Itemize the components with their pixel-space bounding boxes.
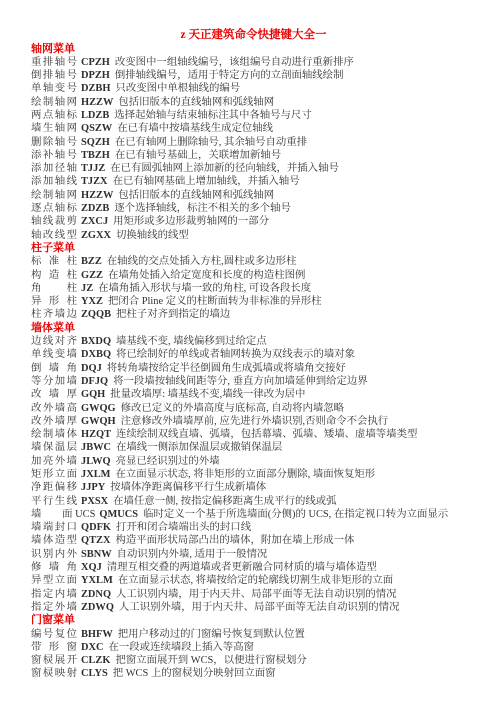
command-row: 绘制墙体HZQT连续绘制双线直墙、弧墙，包括幕墙、弧墙、矮墙、虚墙等墙类型 (31, 428, 486, 441)
command-name: 轴线裁剪 (31, 215, 77, 228)
command-desc: 在轴线的交点处插入方柱,圆柱或多边形柱 (107, 256, 297, 267)
command-name: 单线变墙 (31, 348, 77, 361)
command-desc: 打开和闭合墙端出头的封口线 (116, 522, 251, 533)
command-row: 指定外墙ZDWQ人工识别外墙，用于内天井、局部平面等无法自动识别的情况 (31, 601, 486, 614)
section-title: 轴网菜单 (31, 43, 486, 56)
command-code: PXSX (81, 496, 108, 507)
command-name: 修墙角 (31, 561, 77, 574)
command-code: XQJ (81, 562, 102, 573)
command-name: 改外墙高 (31, 402, 77, 415)
command-row: 等分加墙DFJQ将一段墙按轴线间距等分, 垂直方向加墙延伸到给定边界 (31, 375, 486, 388)
command-row: 标准柱BZZ在轴线的交点处插入方柱,圆柱或多边形柱 (31, 255, 486, 268)
command-code: JLWQ (81, 456, 111, 467)
command-code: TJJZ (81, 163, 105, 174)
command-name: 倒排轴号 (31, 69, 77, 82)
command-desc: 把窗立面展开到 WCS，以便进行窗棂划分 (115, 655, 306, 666)
command-section: 轴网菜单 重排轴号CPZH改变图中一组轴线编号，该组编号自动进行重新排序 倒排轴… (31, 43, 486, 242)
command-name: 添加径轴 (31, 162, 77, 175)
command-code: BXDQ (81, 336, 111, 347)
command-code: TBZH (81, 150, 110, 161)
command-desc: 在墙线一侧添加保温层或撤销保温层 (116, 442, 282, 453)
command-code: LDZB (81, 110, 109, 121)
command-code: ZDWQ (81, 602, 114, 613)
command-row: 矩形立面JXLM在立面显示状态, 将非矩形的立面部分删除, 墙面恢复矩形 (31, 468, 486, 481)
command-name: 改外墙厚 (31, 415, 77, 428)
command-row: 绘制轴网HZZW包括旧版本的直线轴网和弧线轴网 (31, 189, 486, 202)
command-code: DXBQ (81, 349, 111, 360)
command-desc: 在立面显示状态, 将非矩形的立面部分删除, 墙面恢复矩形 (115, 469, 375, 480)
command-desc: 在已有墙中按墙基线生成定位轴线 (117, 123, 273, 134)
command-row: 带形窗DXC在一段或连续墙段上插入等高窗 (31, 641, 486, 654)
command-desc: 将已绘制好的单线或者轴网转换为双线表示的墙对象 (116, 349, 355, 360)
section-rows: 标准柱BZZ在轴线的交点处插入方柱,圆柱或多边形柱 构造柱GZZ在墙角处插入给定… (31, 255, 486, 321)
command-code: TJZX (81, 176, 108, 187)
command-row: 识别内外SBNW自动识别内外墙, 适用于一般情况 (31, 548, 486, 561)
command-code: QTZX (81, 535, 110, 546)
command-row: 墙端封口QDFK打开和闭合墙端出头的封口线 (31, 521, 486, 534)
command-desc: 在立面显示状态, 将墙按给定的轮廓线切割生成非矩形的立面 (118, 575, 393, 586)
command-name: 编号复位 (31, 628, 77, 641)
command-name: 轴改线型 (31, 229, 77, 242)
command-row: 删除轴号SQZH在已有轴网上删除轴号, 其余轴号自动重排 (31, 136, 486, 149)
command-row: 改外墙高GWQG修改已定义的外墙高度与底标高, 自动将内墙忽略 (31, 402, 486, 415)
command-row: 窗棂映射CLYS把 WCS 上的窗棂划分映射回立面窗 (31, 667, 486, 680)
command-row: 轴改线型ZGXX切换轴线的线型 (31, 229, 486, 242)
command-name: 单轴变号 (31, 82, 77, 95)
command-code: ZXCJ (81, 216, 108, 227)
command-desc: 墙基线不变, 墙线偏移到过给定点 (116, 336, 267, 347)
command-code: DXC (81, 642, 104, 653)
command-desc: 将转角墙按给定半径倒圆角生成弧墙或将墙角交接好 (107, 363, 346, 374)
command-code: ZDNQ (81, 589, 111, 600)
command-row: 墙体造型QTZX构造平面形状局部凸出的墙体，附加在墙上形成一体 (31, 534, 486, 547)
command-code: QSZW (81, 123, 112, 134)
command-row: 添加径轴TJJZ在已有圆弧轴网上添加新的径向轴线，并插入轴号 (31, 162, 486, 175)
command-row: 窗棂展开CLZK把窗立面展开到 WCS，以便进行窗棂划分 (31, 654, 486, 667)
command-desc: 在墙角处插入给定宽度和长度的构造柱图例 (108, 270, 305, 281)
command-desc: 临时定义一个基于所选墙面(分侧)的 UCS, 在指定视口转为立面显示 (143, 509, 448, 520)
command-desc: 在墙角插入形状与墙一致的角柱, 可设各段长度 (98, 283, 311, 294)
command-code: GQH (81, 389, 105, 400)
command-name: 边线对齐 (31, 335, 77, 348)
command-code: JXLM (81, 469, 110, 480)
command-row: 改墙厚GQH批量改墙厚: 墙基线不变,墙线一律改为居中 (31, 388, 486, 401)
command-code: BHFW (81, 629, 113, 640)
command-desc: 将一段墙按轴线间距等分, 垂直方向加墙延伸到给定边界 (113, 376, 368, 387)
command-desc: 在已有轴网上删除轴号, 其余轴号自动重排 (115, 137, 307, 148)
section-rows: 编号复位BHFW把用户移动过的门窗编号恢复到默认位置 带形窗DXC在一段或连续墙… (31, 628, 486, 681)
command-name: 添加轴线 (31, 175, 77, 188)
command-desc: 包括旧版本的直线轴网和弧线轴网 (118, 97, 274, 108)
section-title: 墙体菜单 (31, 322, 486, 335)
command-desc: 选择起始轴与结束轴标注其中各轴号与尺寸 (114, 110, 311, 121)
command-section: 柱子菜单 标准柱BZZ在轴线的交点处插入方柱,圆柱或多边形柱 构造柱GZZ在墙角… (31, 242, 486, 322)
command-name: 净距偏移 (31, 481, 77, 494)
command-name: 绘制轴网 (31, 96, 77, 109)
command-code: BZZ (81, 256, 102, 267)
command-desc: 自动识别内外墙, 适用于一般情况 (117, 549, 268, 560)
command-name: 带形窗 (31, 641, 77, 654)
command-row: 异形柱YXZ把闭合 Pline 定义的柱断面转为非标准的异形柱 (31, 295, 486, 308)
section-title: 柱子菜单 (31, 242, 486, 255)
command-name: 等分加墙 (31, 375, 77, 388)
command-row: 边线对齐BXDQ墙基线不变, 墙线偏移到过给定点 (31, 335, 486, 348)
command-row: 净距偏移JJPY按墙体净距离偏移平行生成新墙体 (31, 481, 486, 494)
command-code: DPZH (81, 70, 110, 81)
command-desc: 在一段或连续墙段上插入等高窗 (109, 642, 254, 653)
command-code: HZQT (81, 429, 111, 440)
command-code: JJPY (81, 482, 105, 493)
command-code: DQJ (81, 363, 102, 374)
command-code: CLYS (81, 668, 108, 679)
command-row: 倒墙角DQJ将转角墙按给定半径倒圆角生成弧墙或将墙角交接好 (31, 362, 486, 375)
command-row: 轴线裁剪ZXCJ用矩形或多边形裁剪轴网的一部分 (31, 215, 486, 228)
command-row: 修墙角XQJ清理互相交叠的两道墙或者更新融合同材质的墙与墙体造型 (31, 561, 486, 574)
command-name: 平行生线 (31, 495, 77, 508)
command-code: SBNW (81, 549, 112, 560)
command-row: 指定内墙ZDNQ人工识别内墙，用于内天井、局部平面等无法自动识别的情况 (31, 588, 486, 601)
command-code: QMUCS (99, 509, 138, 520)
command-row: 柱齐墙边ZQQB把柱子对齐到指定的墙边 (31, 308, 486, 321)
command-row: 加亮外墙JLWQ亮显已经识别过的外墙 (31, 455, 486, 468)
command-name: 指定内墙 (31, 588, 77, 601)
command-desc: 在已有轴网基础上增加轴线，并插入轴号 (113, 176, 300, 187)
command-row: 重排轴号CPZH改变图中一组轴线编号，该组编号自动进行重新排序 (31, 56, 486, 69)
command-row: 角柱JZ在墙角插入形状与墙一致的角柱, 可设各段长度 (31, 282, 486, 295)
command-name: 角柱 (31, 282, 77, 295)
command-desc: 把用户移动过的门窗编号恢复到默认位置 (118, 629, 305, 640)
command-code: SQZH (81, 137, 110, 148)
command-code: HZZW (81, 97, 113, 108)
command-row: 墙生轴网QSZW在已有墙中按墙基线生成定位轴线 (31, 122, 486, 135)
command-desc: 用矩形或多边形裁剪轴网的一部分 (113, 216, 269, 227)
command-desc: 切换轴线的线型 (116, 230, 189, 241)
command-name: 墙体造型 (31, 534, 77, 547)
command-name: 绘制墙体 (31, 428, 77, 441)
command-section: 门窗菜单 编号复位BHFW把用户移动过的门窗编号恢复到默认位置 带形窗DXC在一… (31, 614, 486, 680)
command-code: YXLM (81, 575, 113, 586)
command-code: HZZW (81, 190, 113, 201)
command-name: 墙保温层 (31, 441, 77, 454)
command-name: 逐点轴标 (31, 202, 77, 215)
command-name: 绘制轴网 (31, 189, 77, 202)
command-name: 柱齐墙边 (31, 308, 77, 321)
command-row: 添加轴线TJZX在已有轴网基础上增加轴线，并插入轴号 (31, 175, 486, 188)
command-desc: 把 WCS 上的窗棂划分映射回立面窗 (113, 668, 276, 679)
command-row: 构造柱GZZ在墙角处插入给定宽度和长度的构造柱图例 (31, 269, 486, 282)
sections: 轴网菜单 重排轴号CPZH改变图中一组轴线编号，该组编号自动进行重新排序 倒排轴… (31, 43, 486, 681)
command-row: 两点轴标LDZB选择起始轴与结束轴标注其中各轴号与尺寸 (31, 109, 486, 122)
command-row: 单线变墙DXBQ将已绘制好的单线或者轴网转换为双线表示的墙对象 (31, 348, 486, 361)
command-desc: 包括旧版本的直线轴网和弧线轴网 (118, 190, 274, 201)
command-name: 异型立面 (31, 574, 77, 587)
command-name: 加亮外墙 (31, 455, 77, 468)
command-row: 平行生线PXSX在墙任意一侧, 按指定偏移距离生成平行的线或弧 (31, 495, 486, 508)
command-name: 墙生轴网 (31, 122, 77, 135)
command-row: 绘制轴网HZZW包括旧版本的直线轴网和弧线轴网 (31, 96, 486, 109)
command-name: 倒墙角 (31, 362, 77, 375)
command-desc: 在已有轴号基础上，关联增加新轴号 (115, 150, 281, 161)
command-name: 指定外墙 (31, 601, 77, 614)
command-row: 逐点轴标ZDZB逐个选择轴线，标注不相关的多个轴号 (31, 202, 486, 215)
command-desc: 把闭合 Pline 定义的柱断面转为非标准的异形柱 (108, 296, 322, 307)
command-name: 窗棂展开 (31, 654, 77, 667)
command-code: CLZK (81, 655, 110, 666)
command-section: 墙体菜单 边线对齐BXDQ墙基线不变, 墙线偏移到过给定点 单线变墙DXBQ将已… (31, 322, 486, 615)
command-desc: 倒排轴线编号，适用于特定方向的立剖面轴线绘制 (115, 70, 344, 81)
command-name: 构造柱 (31, 269, 77, 282)
command-name: 窗棂映射 (31, 667, 77, 680)
command-name: 异形柱 (31, 295, 77, 308)
command-desc: 批量改墙厚: 墙基线不变,墙线一律改为居中 (110, 389, 305, 400)
command-name: 两点轴标 (31, 109, 77, 122)
command-name: 删除轴号 (31, 136, 77, 149)
command-name: 识别内外 (31, 548, 77, 561)
command-code: CPZH (81, 57, 110, 68)
command-desc: 人工识别内墙，用于内天井、局部平面等无法自动识别的情况 (116, 589, 397, 600)
command-name: 改墙厚 (31, 388, 77, 401)
command-name: 矩形立面 (31, 468, 77, 481)
command-code: ZGXX (81, 230, 111, 241)
command-code: DFJQ (81, 376, 108, 387)
command-code: ZQQB (81, 309, 111, 320)
command-row: 改外墙厚GWQH注意修改外墙墙厚前, 应先进行外墙识别,否则命令不会执行 (31, 415, 486, 428)
command-desc: 注意修改外墙墙厚前, 应先进行外墙识别,否则命令不会执行 (121, 416, 389, 427)
command-row: 编号复位BHFW把用户移动过的门窗编号恢复到默认位置 (31, 628, 486, 641)
command-row: 倒排轴号DPZH倒排轴线编号，适用于特定方向的立剖面轴线绘制 (31, 69, 486, 82)
command-desc: 只改变图中单根轴线的编号 (115, 83, 240, 94)
command-name: 标准柱 (31, 255, 77, 268)
command-code: QDFK (81, 522, 111, 533)
command-row: 添补轴号TBZH在已有轴号基础上，关联增加新轴号 (31, 149, 486, 162)
command-desc: 连续绘制双线直墙、弧墙，包括幕墙、弧墙、矮墙、虚墙等墙类型 (116, 429, 417, 440)
section-title: 门窗菜单 (31, 614, 486, 627)
command-name: 墙 面 UCS (31, 508, 95, 521)
command-code: DZBH (81, 83, 110, 94)
document-page: z 天正建筑命令快捷键大全一 轴网菜单 重排轴号CPZH改变图中一组轴线编号，该… (0, 0, 500, 708)
section-rows: 边线对齐BXDQ墙基线不变, 墙线偏移到过给定点 单线变墙DXBQ将已绘制好的单… (31, 335, 486, 614)
command-code: GZZ (81, 270, 103, 281)
command-desc: 修改已定义的外墙高度与底标高, 自动将内墙忽略 (121, 403, 344, 414)
command-code: GWQH (81, 416, 116, 427)
section-rows: 重排轴号CPZH改变图中一组轴线编号，该组编号自动进行重新排序 倒排轴号DPZH… (31, 56, 486, 242)
command-desc: 人工识别外墙，用于内天井、局部平面等无法自动识别的情况 (119, 602, 400, 613)
command-desc: 把柱子对齐到指定的墙边 (116, 309, 230, 320)
command-code: GWQG (81, 403, 116, 414)
command-code: JBWC (81, 442, 111, 453)
command-desc: 按墙体净距离偏移平行生成新墙体 (110, 482, 266, 493)
command-code: ZDZB (81, 203, 109, 214)
command-desc: 改变图中一组轴线编号，该组编号自动进行重新排序 (115, 57, 354, 68)
command-name: 添补轴号 (31, 149, 77, 162)
command-desc: 构造平面形状局部凸出的墙体，附加在墙上形成一体 (115, 535, 354, 546)
page-title: z 天正建筑命令快捷键大全一 (21, 29, 486, 43)
command-name: 墙端封口 (31, 521, 77, 534)
command-row: 异型立面YXLM在立面显示状态, 将墙按给定的轮廓线切割生成非矩形的立面 (31, 574, 486, 587)
command-desc: 亮显已经识别过的外墙 (116, 456, 220, 467)
command-name: 重排轴号 (31, 56, 77, 69)
command-desc: 逐个选择轴线，标注不相关的多个轴号 (114, 203, 291, 214)
command-code: JZ (81, 283, 93, 294)
command-desc: 清理互相交叠的两道墙或者更新融合同材质的墙与墙体造型 (107, 562, 377, 573)
command-desc: 在已有圆弧轴网上添加新的径向轴线，并插入轴号 (110, 163, 339, 174)
command-desc: 在墙任意一侧, 按指定偏移距离生成平行的线或弧 (113, 496, 336, 507)
command-code: YXZ (81, 296, 103, 307)
command-row: 单轴变号DZBH只改变图中单根轴线的编号 (31, 82, 486, 95)
command-row: 墙保温层JBWC在墙线一侧添加保温层或撤销保温层 (31, 441, 486, 454)
command-row: 墙 面 UCSQMUCS临时定义一个基于所选墙面(分侧)的 UCS, 在指定视口… (31, 508, 486, 521)
